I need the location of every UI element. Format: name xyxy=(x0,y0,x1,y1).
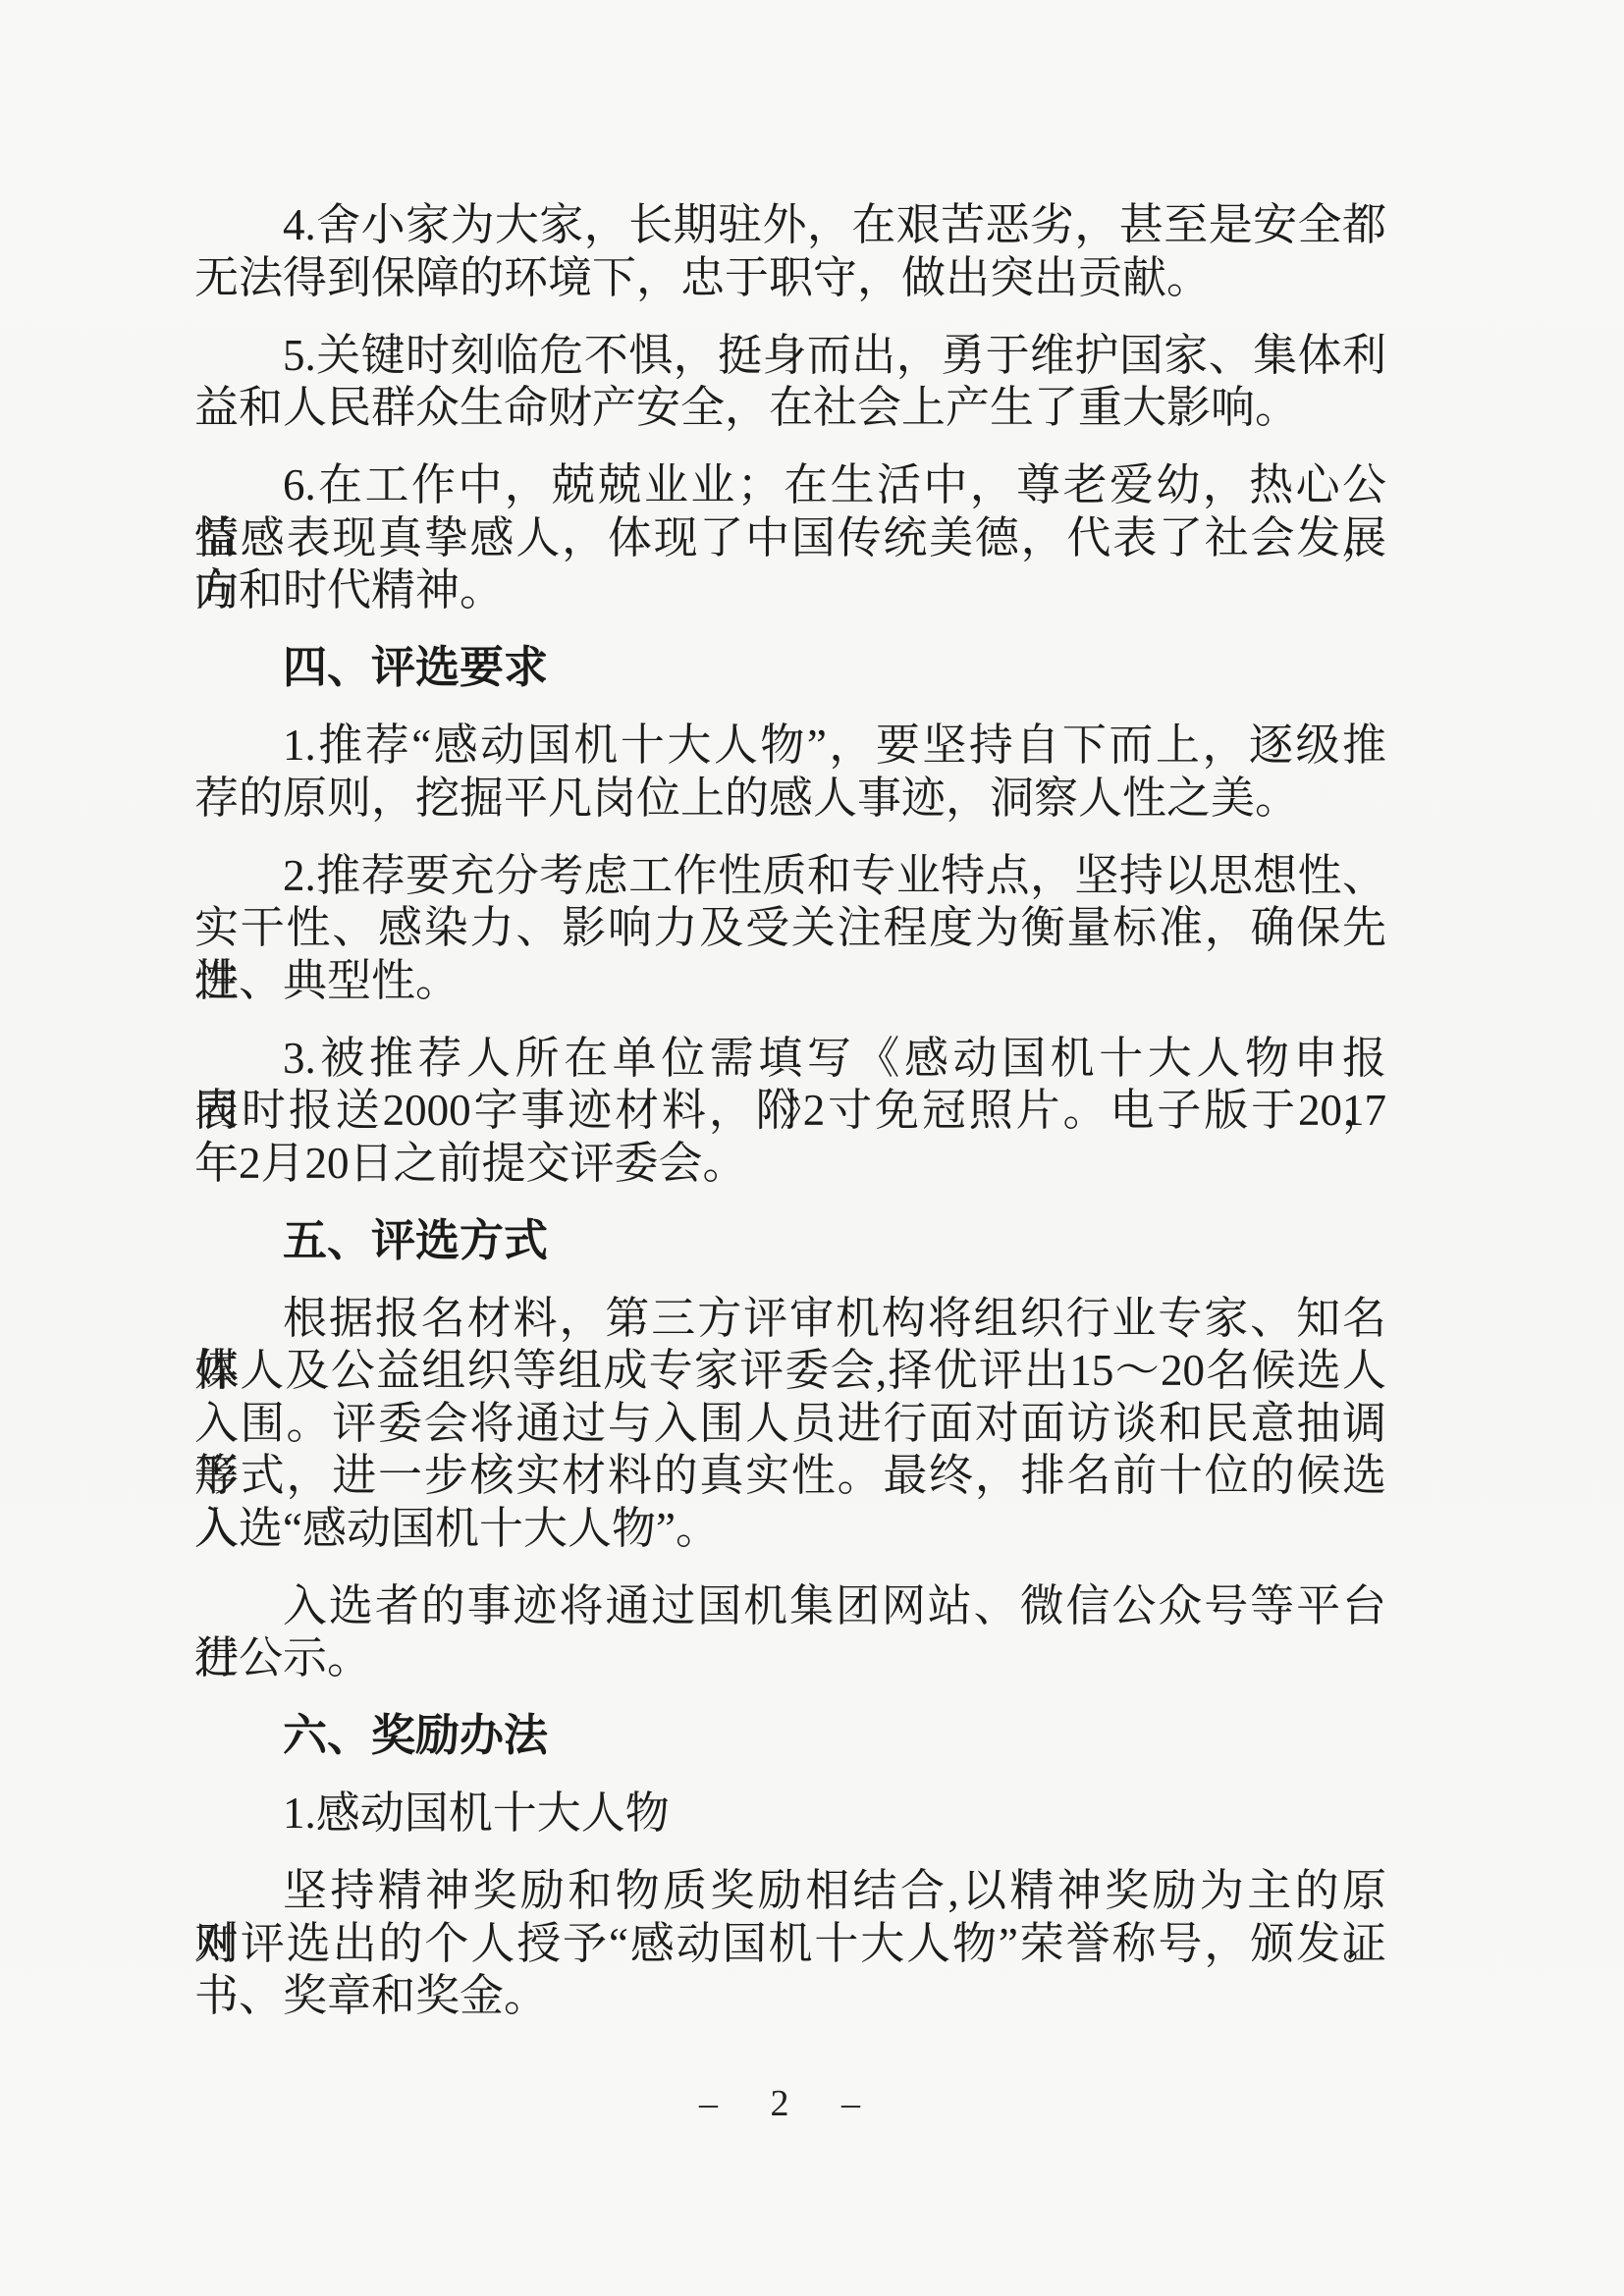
heading-line: 四、评选要求 xyxy=(194,642,1386,695)
publicity-para: 入选者的事迹将通过国机集团网站、微信公众号等平台进行公示。 xyxy=(194,1580,1386,1685)
text-line: 对评选出的个人授予“感动国机十大人物”荣誉称号，颁发证 xyxy=(194,1918,1386,1971)
text-line: 入围。评委会将通过与入围人员进行面对面访谈和民意抽调等 xyxy=(194,1398,1386,1451)
section-heading-4: 四、评选要求 xyxy=(194,642,1386,695)
document-page: 4.舍小家为大家，长期驻外，在艰苦恶劣，甚至是安全都无法得到保障的环境下，忠于职… xyxy=(0,0,1624,2296)
text-line: 益和人民群众生命财产安全，在社会上产生了重大影响。 xyxy=(194,382,1386,435)
text-line: 荐的原则，挖掘平凡岗位上的感人事迹，洞察人性之美。 xyxy=(194,773,1386,826)
text-line: 同时报送2000字事迹材料，附2寸免冠照片。电子版于2017 xyxy=(194,1085,1386,1138)
text-line: 入选者的事迹将通过国机集团网站、微信公众号等平台进 xyxy=(194,1580,1386,1633)
award-item-1-detail: 坚持精神奖励和物质奖励相结合,以精神奖励为主的原则。对评选出的个人授予“感动国机… xyxy=(194,1865,1386,2023)
text-line: 体人及公益组织等组成专家评委会,择优评出15～20名候选人 xyxy=(194,1345,1386,1398)
requirement-item-1: 1.推荐“感动国机十大人物”，要坚持自下而上，逐级推荐的原则，挖掘平凡岗位上的感… xyxy=(194,720,1386,825)
text-line: 根据报名材料，第三方评审机构将组织行业专家、知名媒 xyxy=(194,1293,1386,1346)
text-line: 实干性、感染力、影响力及受关注程度为衡量标准，确保先进 xyxy=(194,902,1386,955)
text-line: 性、典型性。 xyxy=(194,955,1386,1008)
text-line: 1.感动国机十大人物 xyxy=(194,1788,1386,1841)
text-line: 入选“感动国机十大人物”。 xyxy=(194,1503,1386,1556)
text-line: 向和时代精神。 xyxy=(194,564,1386,617)
text-line: 3.被推荐人所在单位需填写《感动国机十大人物申报表》， xyxy=(194,1033,1386,1086)
page-number: – 2 – xyxy=(194,2081,1386,2126)
text-line: 4.舍小家为大家，长期驻外，在艰苦恶劣，甚至是安全都 xyxy=(194,199,1386,252)
selection-method-para: 根据报名材料，第三方评审机构将组织行业专家、知名媒体人及公益组织等组成专家评委会… xyxy=(194,1293,1386,1556)
text-line: 1.推荐“感动国机十大人物”，要坚持自下而上，逐级推 xyxy=(194,720,1386,773)
text-line: 书、奖章和奖金。 xyxy=(194,1970,1386,2023)
text-line: 形式，进一步核实材料的真实性。最终，排名前十位的候选人 xyxy=(194,1450,1386,1503)
section-heading-5: 五、评选方式 xyxy=(194,1215,1386,1268)
text-line: 行公示。 xyxy=(194,1632,1386,1685)
award-item-1-title: 1.感动国机十大人物 xyxy=(194,1788,1386,1841)
criteria-item-6: 6.在工作中，兢兢业业；在生活中，尊老爱幼，热心公益，情感表现真挚感人，体现了中… xyxy=(194,459,1386,617)
requirement-item-3: 3.被推荐人所在单位需填写《感动国机十大人物申报表》，同时报送2000字事迹材料… xyxy=(194,1033,1386,1191)
text-line: 5.关键时刻临危不惧，挺身而出，勇于维护国家、集体利 xyxy=(194,330,1386,383)
text-line: 年2月20日之前提交评委会。 xyxy=(194,1138,1386,1191)
text-line: 6.在工作中，兢兢业业；在生活中，尊老爱幼，热心公益， xyxy=(194,459,1386,512)
criteria-item-4: 4.舍小家为大家，长期驻外，在艰苦恶劣，甚至是安全都无法得到保障的环境下，忠于职… xyxy=(194,199,1386,304)
text-line: 情感表现真挚感人，体现了中国传统美德，代表了社会发展方 xyxy=(194,512,1386,565)
section-heading-6: 六、奖励办法 xyxy=(194,1710,1386,1763)
text-line: 无法得到保障的环境下，忠于职守，做出突出贡献。 xyxy=(194,252,1386,305)
requirement-item-2: 2.推荐要充分考虑工作性质和专业特点，坚持以思想性、实干性、感染力、影响力及受关… xyxy=(194,850,1386,1008)
heading-line: 六、奖励办法 xyxy=(194,1710,1386,1763)
document-body: 4.舍小家为大家，长期驻外，在艰苦恶劣，甚至是安全都无法得到保障的环境下，忠于职… xyxy=(194,199,1386,2023)
heading-line: 五、评选方式 xyxy=(194,1215,1386,1268)
text-line: 坚持精神奖励和物质奖励相结合,以精神奖励为主的原则。 xyxy=(194,1865,1386,1918)
criteria-item-5: 5.关键时刻临危不惧，挺身而出，勇于维护国家、集体利益和人民群众生命财产安全，在… xyxy=(194,330,1386,435)
text-line: 2.推荐要充分考虑工作性质和专业特点，坚持以思想性、 xyxy=(194,850,1386,903)
